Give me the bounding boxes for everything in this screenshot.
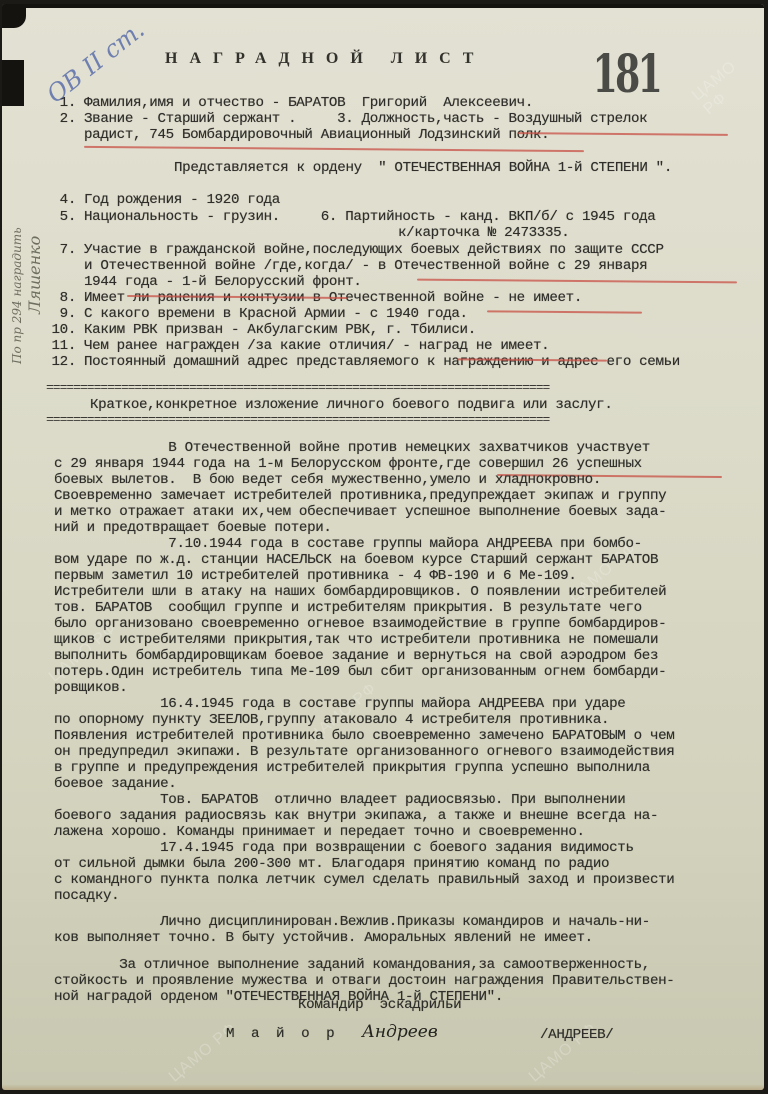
text-line: с 29 января 1944 года на 1-м Белорусском… [54,456,754,472]
text-line: боевое задание. [54,776,754,792]
text-line: В Отечественной войне против немецких за… [54,440,754,456]
document-title: НАГРАДНОЙ ЛИСТ [165,50,485,68]
red-underline [417,279,737,284]
item-11: 11.Чем ранее награжден /за какие отличия… [46,338,549,354]
item-7-continued: 1944 года - 1-й Белорусский фронт. [84,274,362,290]
item-7-continued: и Отечественной войне /где,когда/ - в От… [84,258,647,274]
handwritten-signature: Андреев [362,1022,438,1042]
text-line: посадку. [54,888,754,904]
text-line: и метко отражает атаки их,чем обеспечива… [54,504,754,520]
binder-hole-middle [2,60,24,106]
item-text: Каким РВК призван - Акбулагским РВК, г. … [84,322,476,338]
item-number: 7. [54,242,76,258]
conduct-paragraph: Лично дисциплинирован.Вежлив.Приказы ком… [54,914,754,946]
text-line: Истребители шли в атаку на наших бомбард… [54,584,754,600]
signatory-rank: М а й о р [226,1026,339,1042]
text-line: по опорному пункту ЗЕЕЛОВ,группу атакова… [54,712,754,728]
text-line: вом ударе по ж.д. станции НАСЕЛЬСК на бо… [54,552,754,568]
text-line: лажена хорошо. Команды принимает и перед… [54,824,754,840]
item-number: 12. [46,354,76,370]
text-line: Появления истребителей противника было с… [54,728,754,744]
item-text: Фамилия,имя и отчество - БАРАТОВ Григори… [84,95,533,111]
separator-line: ========================================… [46,417,764,423]
text-line: выполнить бомбардировщикам боевое задани… [54,648,754,664]
item-1: 1.Фамилия,имя и отчество - БАРАТОВ Григо… [54,95,533,111]
red-underline [487,310,642,313]
text-line: с командного пункта полка летчик сумел с… [54,872,754,888]
item-text: Год рождения - 1920 года [84,192,280,208]
section-heading: Краткое,конкретное изложение личного бое… [90,397,613,413]
text-line: потерь.Один истребитель типа Ме-109 был … [54,664,754,680]
item-number: 9. [54,306,76,322]
scan-border-top [2,4,764,8]
signatory-name: /АНДРЕЕВ/ [540,1027,613,1043]
margin-note-line: Ляшенко [26,227,44,364]
item-number: 5. [54,209,76,225]
item-text: Постоянный домашний адрес представляемог… [84,354,680,370]
item-number: 8. [54,290,76,306]
nomination-line: Представляется к ордену " ОТЕЧЕСТВЕННАЯ … [174,160,672,176]
item-2-continued: радист, 745 Бомбардировочный Авиационный… [84,127,549,143]
text-line: тов. БАРАТОВ сообщил группе и истребител… [54,600,754,616]
award-sheet-page: ЦАМО РФ ЦАМО РФ ЦАМО РФ ЦАМО РФ ЦАМО РФ … [2,4,764,1090]
red-underline [84,146,584,152]
separator-line: ========================================… [46,385,764,391]
red-underline [518,132,728,136]
item-number: 2. [54,111,76,127]
text-line: первым заметил 10 истребителей противник… [54,568,754,584]
margin-note-line: По пр 294 наградить [8,227,26,364]
text-line: стойкость и проявление мужества и отваги… [54,973,754,989]
text-line: в группе и предупреждения истребителей п… [54,760,754,776]
item-4: 4.Год рождения - 1920 года [54,192,280,208]
text-line: он предупредил экипажи. В результате орг… [54,744,754,760]
item-text: Участие в гражданской войне,последующих … [84,242,664,258]
item-2: 2.Звание - Старший сержант . 3. Должност… [54,111,647,127]
item-number: 10. [46,322,76,338]
text-line: боевых вылетов. В бою ведет себя мужеств… [54,472,754,488]
text-line: 17.4.1945 года при возвращении с боевого… [54,840,754,856]
item-text: Чем ранее награжден /за какие отличия/ -… [84,338,549,354]
text-line: ровщиков. [54,680,754,696]
text-line: было организовано своевременно огневое в… [54,616,754,632]
item-10: 10.Каким РВК призван - Акбулагским РВК, … [46,322,476,338]
item-5: 5.Национальность - грузин. 6. Партийност… [54,209,655,225]
signatory-role: Командир эскадрильи [298,997,461,1013]
text-line: щиков с истребителями прикрытия,так что … [54,632,754,648]
text-line: ков выполняет точно. В быту устойчив. Ам… [54,930,754,946]
text-line: боевого задания радиосвязь как внутри эк… [54,808,754,824]
narrative-body: В Отечественной войне против немецких за… [54,440,754,904]
item-number: 1. [54,95,76,111]
text-line: 16.4.1945 года в составе группы майора А… [54,696,754,712]
watermark: ЦАМО РФ [689,45,764,119]
handwritten-sheet-number: 181 [592,44,660,105]
party-card-number: к/карточка № 2473335. [398,225,569,241]
item-text: Национальность - грузин. 6. Партийность … [84,209,655,225]
item-7: 7.Участие в гражданской войне,последующи… [54,242,664,258]
text-line: от сильной дымки была 200-300 мт. Благод… [54,856,754,872]
item-text: С какого времени в Красной Армии - с 194… [84,306,468,322]
binder-hole-top [2,4,26,28]
text-line: ний и предотвращает боевые потери. [54,520,754,536]
item-number: 4. [54,192,76,208]
item-12: 12.Постоянный домашний адрес представляе… [46,354,680,370]
text-line: Тов. БАРАТОВ отлично владеет радиосвязью… [54,792,754,808]
item-number: 11. [46,338,76,354]
text-line: Своевременно замечает истребителей проти… [54,488,754,504]
text-line: Лично дисциплинирован.Вежлив.Приказы ком… [54,914,754,930]
item-9: 9.С какого времени в Красной Армии - с 1… [54,306,468,322]
margin-note: По пр 294 наградить Ляшенко [8,227,44,364]
text-line: 7.10.1944 года в составе группы майора А… [54,536,754,552]
text-line: За отличное выполнение заданий командова… [54,957,754,973]
item-text: Звание - Старший сержант . 3. Должность,… [84,111,647,127]
